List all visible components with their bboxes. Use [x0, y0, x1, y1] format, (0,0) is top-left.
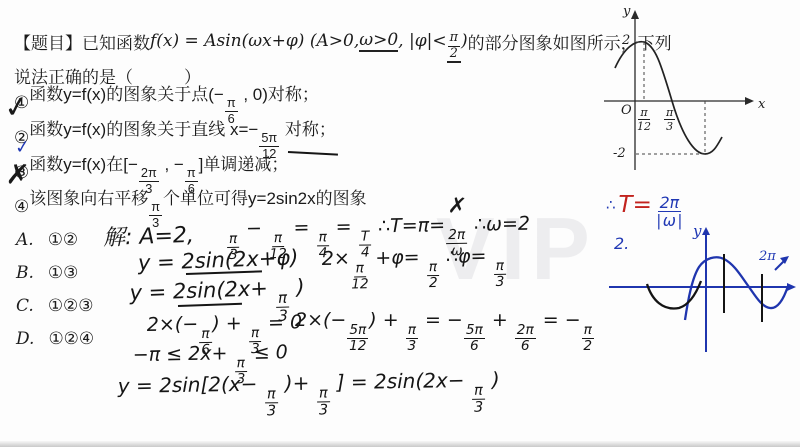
hand-line: 解: A=2, — [102, 218, 194, 252]
y-axis-label: y — [623, 5, 630, 18]
sketch-y-arrow — [702, 227, 710, 235]
option-b: B. ①③ — [16, 263, 78, 283]
ymin-label: -2 — [613, 147, 626, 160]
x-axis-label: x — [758, 98, 765, 111]
tick-pi-12: π12 — [636, 106, 652, 132]
hand-line: 2×(−5π12) + π3 = −5π6 + 2π6 = −π2 — [295, 309, 595, 354]
title-prefix: 【题目】已知函数 — [14, 29, 150, 54]
y-axis-arrow — [631, 10, 639, 19]
note-t-equals: T= — [619, 192, 652, 218]
hand-line: y = 2sin(2x+φ) — [138, 245, 299, 275]
option-a: A. ①② — [16, 230, 78, 250]
option-b-value: ①③ — [48, 263, 78, 283]
page-bottom-edge — [0, 441, 800, 447]
option-c-value: ①②③ — [48, 296, 94, 316]
option-c: C. ①②③ — [16, 296, 94, 316]
formula-end: ) — [461, 31, 468, 51]
sketch-blue-curve — [685, 257, 788, 320]
check-mark-statement-1: ✓ — [2, 88, 32, 126]
handwritten-sketch: y 2π — [603, 224, 800, 359]
hand-line: 2×π12 +φ= π2 ∴φ= π3 — [322, 245, 508, 293]
worksheet-page: VIP 【题目】已知函数f(x) = Asin(ωx+φ) (A>0, ω>0,… — [0, 0, 800, 447]
formula-phi-bound: π2 — [447, 19, 461, 63]
hand-line: y = 2sin[2(x− π3 )+ π3 ] = 2sin(2x− π3 ) — [118, 367, 501, 421]
formula-mid: , |φ|< — [398, 31, 446, 51]
tick-pi-3: π3 — [663, 106, 676, 132]
ymax-label: 2 — [622, 34, 630, 47]
statement-4-num: ④ — [14, 197, 29, 217]
option-d-value: ①②④ — [48, 329, 94, 349]
sketch-y-label: y — [693, 224, 701, 239]
origin-label: O — [621, 104, 632, 117]
sine-curve — [615, 42, 722, 154]
problem-title: 【题目】已知函数f(x) = Asin(ωx+φ) (A>0, ω>0, |φ|… — [14, 24, 672, 58]
option-a-label: A. — [16, 230, 34, 250]
printed-graph: y x O 2 -2 π12 π3 — [598, 4, 776, 176]
note-value: 2π∣ω∣ — [654, 180, 685, 229]
option-b-label: B. — [16, 263, 34, 283]
sketch-canvas — [603, 224, 800, 359]
option-d: D. ①②④ — [16, 329, 94, 349]
option-d-label: D. — [16, 329, 34, 349]
formula-omega-condition: ω>0 — [359, 30, 398, 52]
period-note: ∴ T= 2π∣ω∣ — [606, 180, 685, 229]
cross-mark-statement-3: ✗ — [5, 157, 31, 192]
note-therefore: ∴ — [606, 196, 616, 214]
option-c-label: C. — [16, 296, 34, 316]
x-axis-arrow — [745, 97, 754, 105]
option-a-value: ①② — [48, 230, 78, 250]
formula-pre: f(x) = Asin(ωx+φ) (A>0, — [150, 31, 359, 51]
check-mark-statement-2: ✓ — [14, 136, 31, 158]
sketch-2pi-label: 2π — [759, 250, 776, 263]
